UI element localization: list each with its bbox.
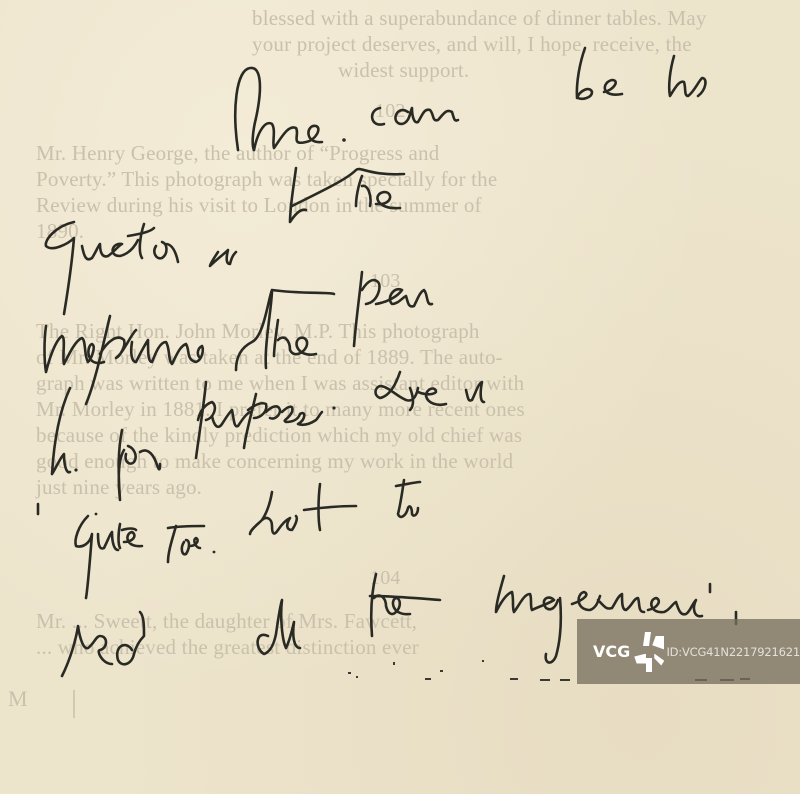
watermark-brand: VCG [593,642,630,661]
handwriting-line-2 [46,168,404,314]
watermark: VCG ID:VCG41N2217921621 [577,619,800,684]
vcg-logo-icon [632,630,662,674]
handwriting-line-5 [38,480,420,598]
handwriting-line-3 [45,272,433,404]
handwriting-line-1 [235,48,705,150]
watermark-id: ID:VCG41N2217921621 [666,645,800,659]
